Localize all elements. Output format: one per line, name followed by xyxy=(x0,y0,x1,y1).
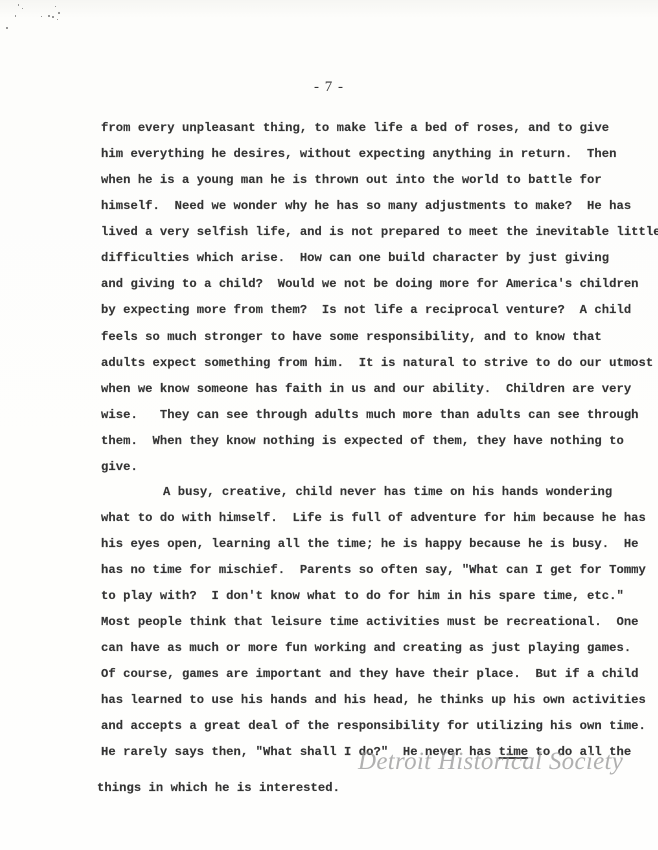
text-line: his eyes open, learning all the time; he… xyxy=(101,537,639,551)
text-line: can have as much or more fun working and… xyxy=(101,641,631,655)
text-line: to play with? I don't know what to do fo… xyxy=(101,589,624,603)
text-line: things in which he is interested. xyxy=(97,781,340,795)
text-line: adults expect something from him. It is … xyxy=(101,356,653,370)
text-line: what to do with himself. Life is full of… xyxy=(101,511,646,525)
text-line: give. xyxy=(101,460,138,474)
text-line: from every unpleasant thing, to make lif… xyxy=(101,121,609,135)
text-line: him everything he desires, without expec… xyxy=(101,147,616,161)
document-page: - 7 - from every unpleasant thing, to ma… xyxy=(0,0,658,850)
text-line: lived a very selfish life, and is not pr… xyxy=(101,225,658,239)
text-line: Of course, games are important and they … xyxy=(101,667,639,681)
scan-specks xyxy=(0,0,70,40)
text-line: has learned to use his hands and his hea… xyxy=(101,693,646,707)
watermark: Detroit Historical Society xyxy=(358,748,623,776)
text-line: when we know someone has faith in us and… xyxy=(101,382,631,396)
text-line-indented: A busy, creative, child never has time o… xyxy=(163,485,612,499)
text-line: when he is a young man he is thrown out … xyxy=(101,173,602,187)
text-line: them. When they know nothing is expected… xyxy=(101,434,624,448)
text-line: difficulties which arise. How can one bu… xyxy=(101,251,609,265)
text-line: himself. Need we wonder why he has so ma… xyxy=(101,199,631,213)
text-line: wise. They can see through adults much m… xyxy=(101,408,639,422)
text-line: and accepts a great deal of the responsi… xyxy=(101,719,646,733)
text-line: and giving to a child? Would we not be d… xyxy=(101,277,639,291)
text-line: has no time for mischief. Parents so oft… xyxy=(101,563,646,577)
text-line: Most people think that leisure time acti… xyxy=(101,615,639,629)
page-number: - 7 - xyxy=(0,79,658,96)
text-line: by expecting more from them? Is not life… xyxy=(101,303,631,317)
text-line: feels so much stronger to have some resp… xyxy=(101,330,602,344)
